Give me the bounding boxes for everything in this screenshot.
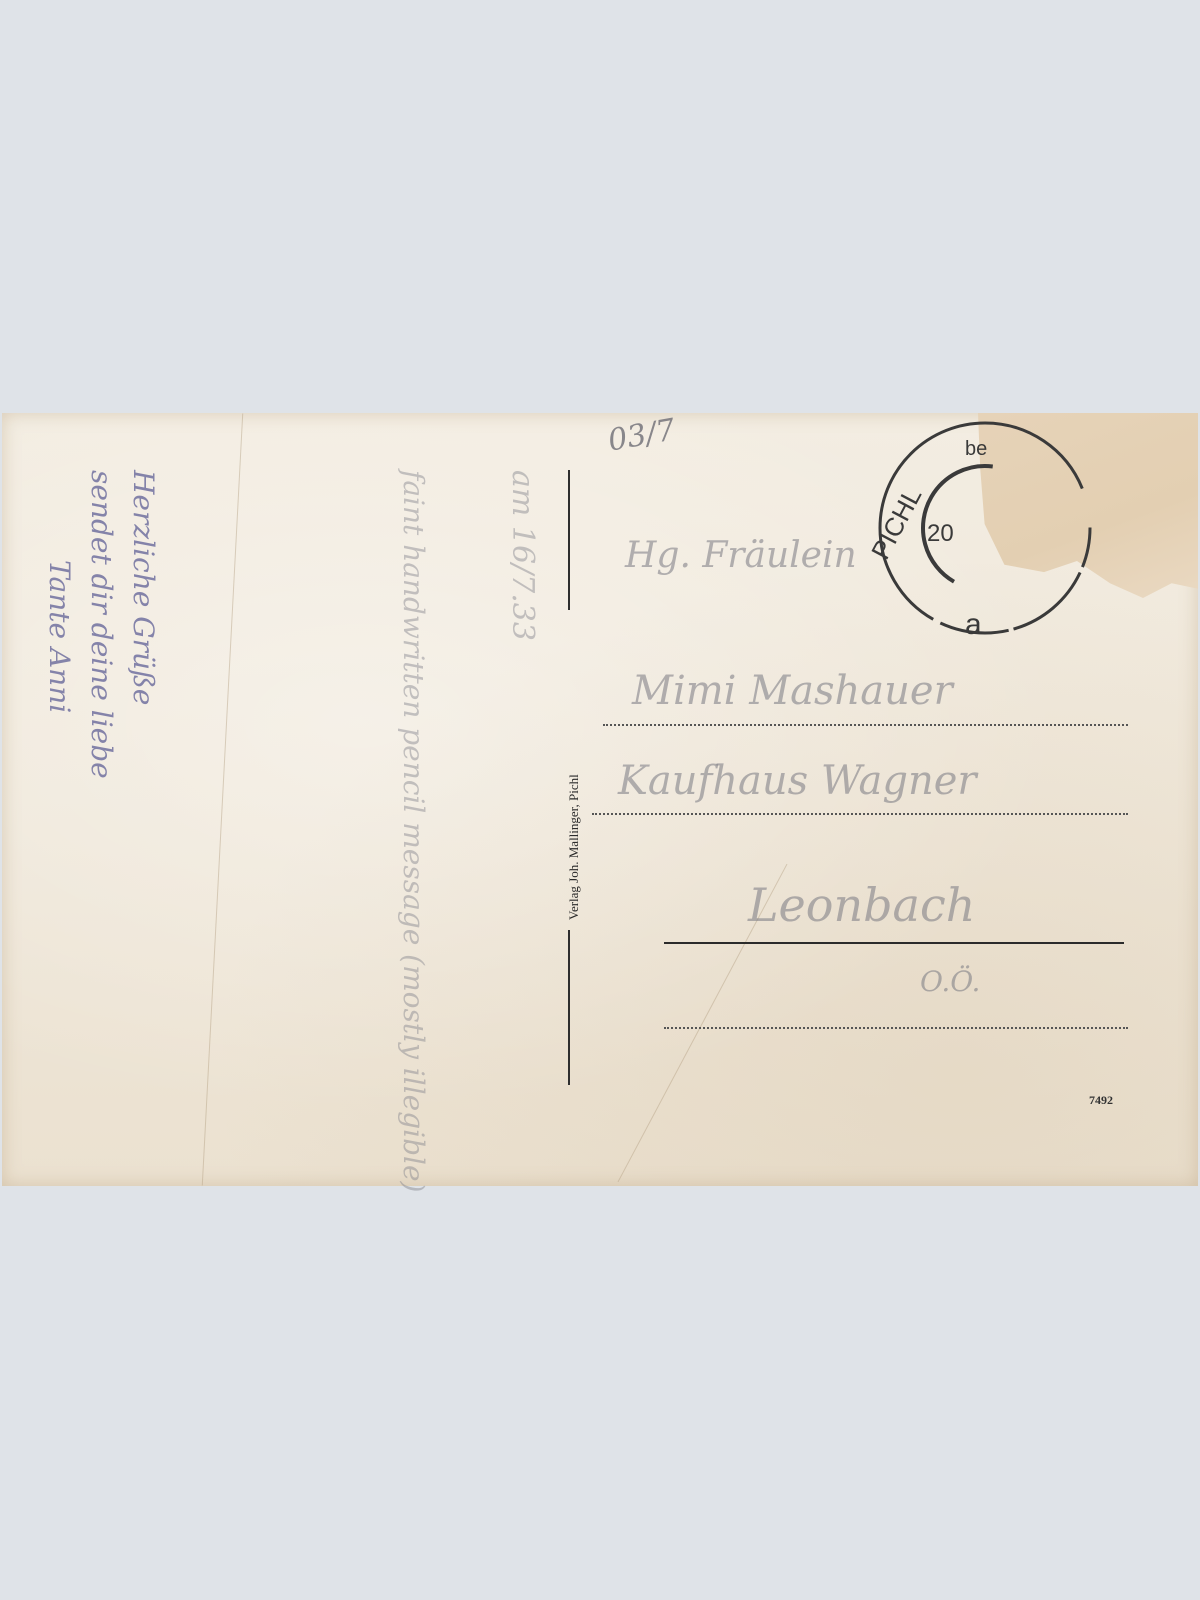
postmark-date: 20	[927, 520, 954, 548]
address-business: Kaufhaus Wagner	[618, 758, 977, 804]
address-line-1	[603, 724, 1128, 726]
address-line-4	[664, 1027, 1128, 1029]
message-pencil-text: faint handwritten pencil message (mostly…	[397, 470, 430, 1192]
salutation: Hg. Fräulein	[625, 535, 857, 576]
address-region: O.Ö.	[920, 965, 980, 998]
publisher-imprint: Verlag Joh. Mallinger, Pichl	[566, 774, 582, 920]
card-number: 7492	[1089, 1093, 1113, 1108]
message-dateline: am 16/7.33	[505, 470, 540, 641]
address-line-3	[664, 942, 1124, 944]
message-closing-1: Herzliche Grüße	[127, 470, 160, 705]
address-name: Mimi Mashauer	[632, 668, 953, 714]
postmark-letter: a	[965, 608, 982, 642]
divider-line-top	[568, 470, 570, 610]
message-closing-3: Tante Anni	[43, 560, 76, 713]
address-line-2	[592, 813, 1128, 815]
address-town: Leonbach	[748, 878, 975, 932]
message-closing-2: sendet dir deine liebe	[85, 470, 118, 779]
postmark-suffix: be	[965, 438, 987, 461]
postmark: PICHL be 20 a	[865, 418, 1095, 648]
divider-line-bottom	[568, 930, 570, 1085]
paper-crease	[202, 414, 243, 1186]
